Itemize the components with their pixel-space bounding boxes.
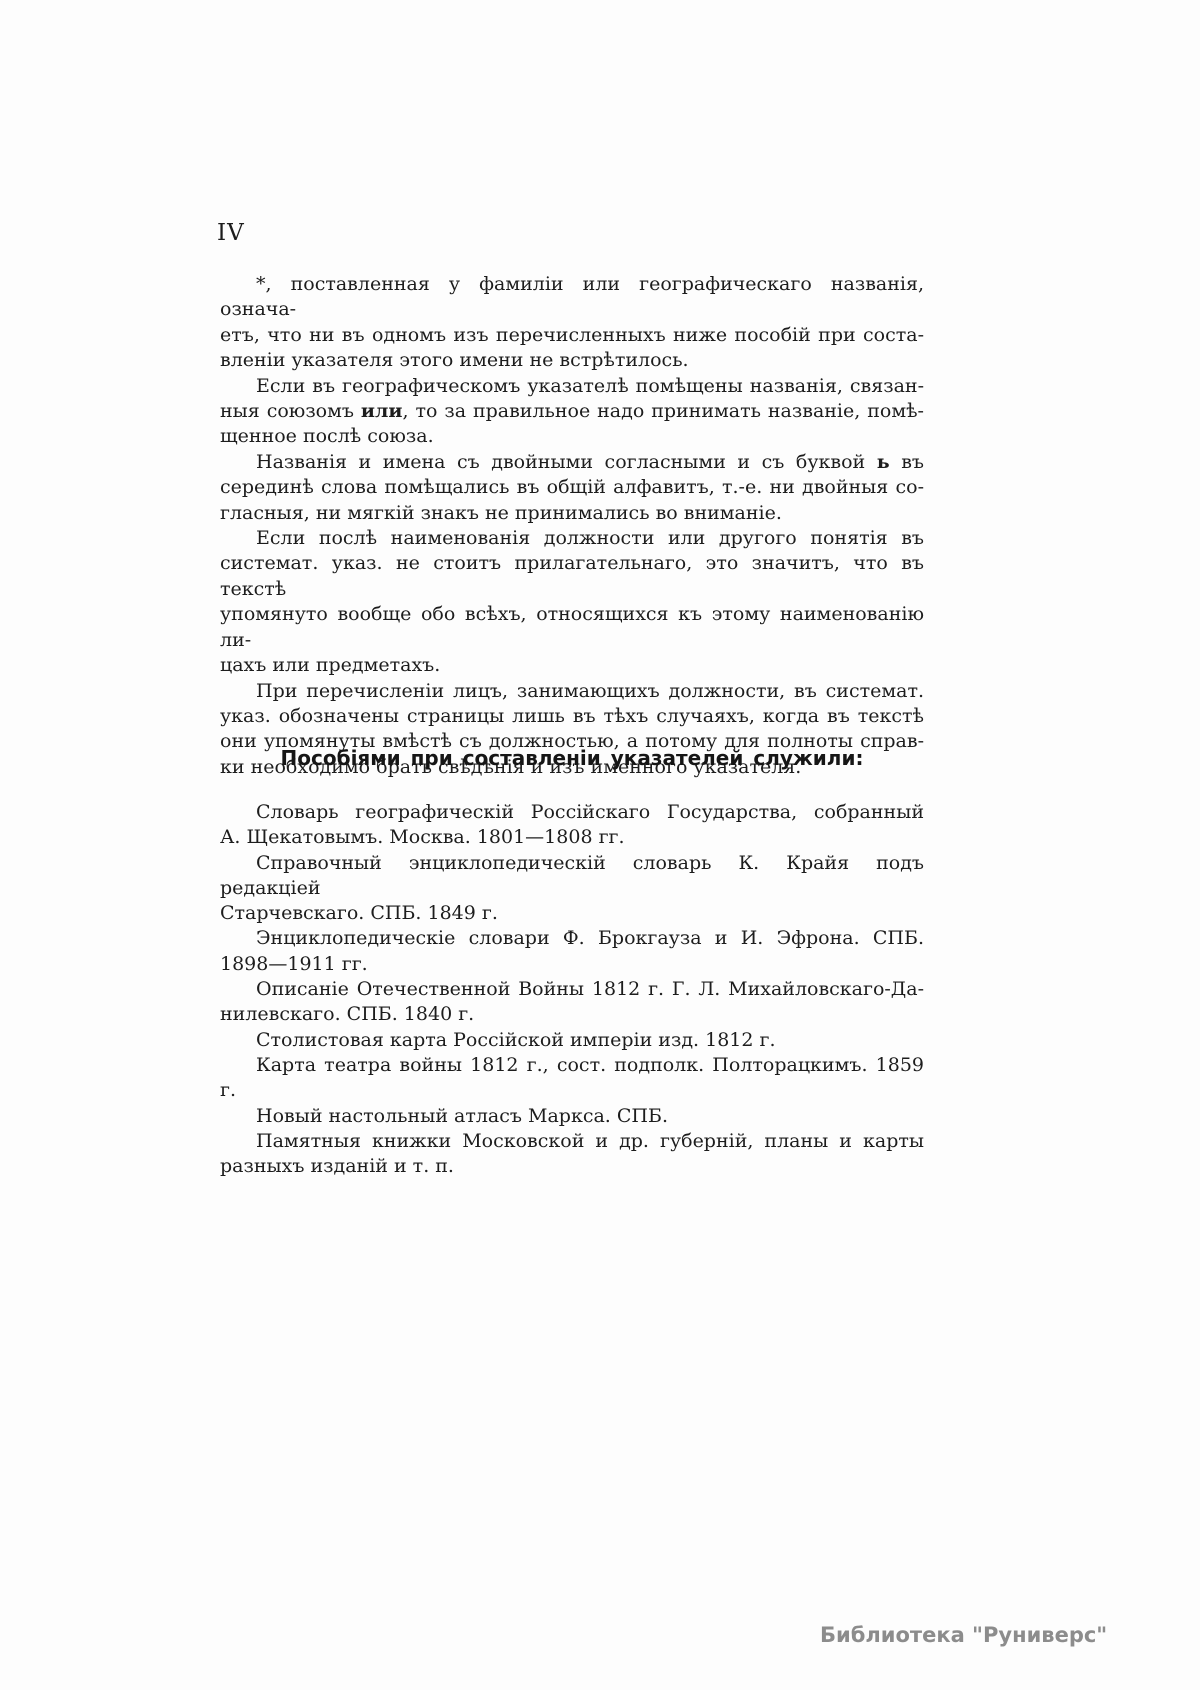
paragraph: Названія и имена съ двойными согласными … xyxy=(220,450,924,526)
bibliography-entry: Новый настольный атласъ Маркса. СПБ. xyxy=(220,1104,924,1129)
bibliography-line: разныхъ изданій и т. п. xyxy=(220,1154,924,1179)
bibliography-entry: Описаніе Отечественной Войны 1812 г. Г. … xyxy=(220,977,924,1028)
bibliography-line: Энциклопедическіе словари Ф. Брокгауза и… xyxy=(220,926,924,951)
bibliography-entry: Памятныя книжки Московской и др. губерні… xyxy=(220,1129,924,1180)
scanned-book-page: IV *, поставленная у фамиліи или географ… xyxy=(0,0,1200,1690)
bibliography-entry: Словарь географическій Россійскаго Госуд… xyxy=(220,800,924,851)
bibliography-line: Памятныя книжки Московской и др. губерні… xyxy=(220,1129,924,1154)
paragraph-line: системат. указ. не стоитъ прилагательнаг… xyxy=(220,551,924,602)
paragraph: *, поставленная у фамиліи или географиче… xyxy=(220,272,924,374)
paragraph: Если послѣ наименованія должности или др… xyxy=(220,526,924,678)
bibliography-entry: Энциклопедическіе словари Ф. Брокгауза и… xyxy=(220,926,924,977)
paragraph-line: ныя союзомъ или, то за правильное надо п… xyxy=(220,399,924,424)
bibliography-line: Описаніе Отечественной Войны 1812 г. Г. … xyxy=(220,977,924,1002)
bibliography-line: Старчевскаго. СПБ. 1849 г. xyxy=(220,901,924,926)
emphasized-letter: ь xyxy=(877,451,890,473)
paragraph-line: *, поставленная у фамиліи или географиче… xyxy=(220,272,924,323)
paragraph-line: цахъ или предметахъ. xyxy=(220,653,924,678)
bibliography-list: Словарь географическій Россійскаго Госуд… xyxy=(220,800,924,1179)
bibliography-line: нилевскаго. СПБ. 1840 г. xyxy=(220,1002,924,1027)
library-watermark: Библиотека "Руниверс" xyxy=(820,1623,1107,1647)
introductory-notes: *, поставленная у фамиліи или географиче… xyxy=(220,272,924,780)
bibliography-line: Новый настольный атласъ Маркса. СПБ. xyxy=(220,1104,924,1129)
paragraph-line: упомянуто вообще обо всѣхъ, относящихся … xyxy=(220,602,924,653)
bibliography-line: Столистовая карта Россійской имперіи изд… xyxy=(220,1028,924,1053)
paragraph-line: щенное послѣ союза. xyxy=(220,424,924,449)
bibliography-entry: Справочный энциклопедическій словарь К. … xyxy=(220,851,924,927)
paragraph-line: Если въ географическомъ указателѣ помѣще… xyxy=(220,374,924,399)
bibliography-line: Справочный энциклопедическій словарь К. … xyxy=(220,851,924,902)
paragraph-line: етъ, что ни въ одномъ изъ перечисленныхъ… xyxy=(220,323,924,348)
paragraph-line-segment: Названія и имена съ двойными согласными … xyxy=(256,451,877,473)
bibliography-line: 1898—1911 гг. xyxy=(220,952,924,977)
paragraph-line: Названія и имена съ двойными согласными … xyxy=(220,450,924,475)
paragraph-line-segment: , то за правильное надо принимать назван… xyxy=(403,400,924,422)
bibliography-line: Словарь географическій Россійскаго Госуд… xyxy=(220,800,924,825)
emphasized-word: или xyxy=(361,400,403,422)
bibliography-line: Карта театра войны 1812 г., сост. подпол… xyxy=(220,1053,924,1104)
paragraph-line: гласныя, ни мягкій знакъ не принимались … xyxy=(220,501,924,526)
paragraph-line: вленіи указателя этого имени не встрѣтил… xyxy=(220,348,924,373)
page-number: IV xyxy=(217,220,245,246)
bibliography-entry: Карта театра войны 1812 г., сост. подпол… xyxy=(220,1053,924,1104)
paragraph-line: указ. обозначены страницы лишь въ тѣхъ с… xyxy=(220,704,924,729)
paragraph-line: серединѣ слова помѣщались въ общій алфав… xyxy=(220,475,924,500)
bibliography-entry: Столистовая карта Россійской имперіи изд… xyxy=(220,1028,924,1053)
paragraph-line-segment: ныя союзомъ xyxy=(220,400,361,422)
bibliography-line: А. Щекатовымъ. Москва. 1801—1808 гг. xyxy=(220,825,924,850)
section-heading: Пособіями при составленіи указателей слу… xyxy=(220,746,924,770)
paragraph-line: Если послѣ наименованія должности или др… xyxy=(220,526,924,551)
paragraph-line: При перечисленіи лицъ, занимающихъ должн… xyxy=(220,679,924,704)
paragraph: Если въ географическомъ указателѣ помѣще… xyxy=(220,374,924,450)
paragraph-line-segment: въ xyxy=(890,451,924,473)
